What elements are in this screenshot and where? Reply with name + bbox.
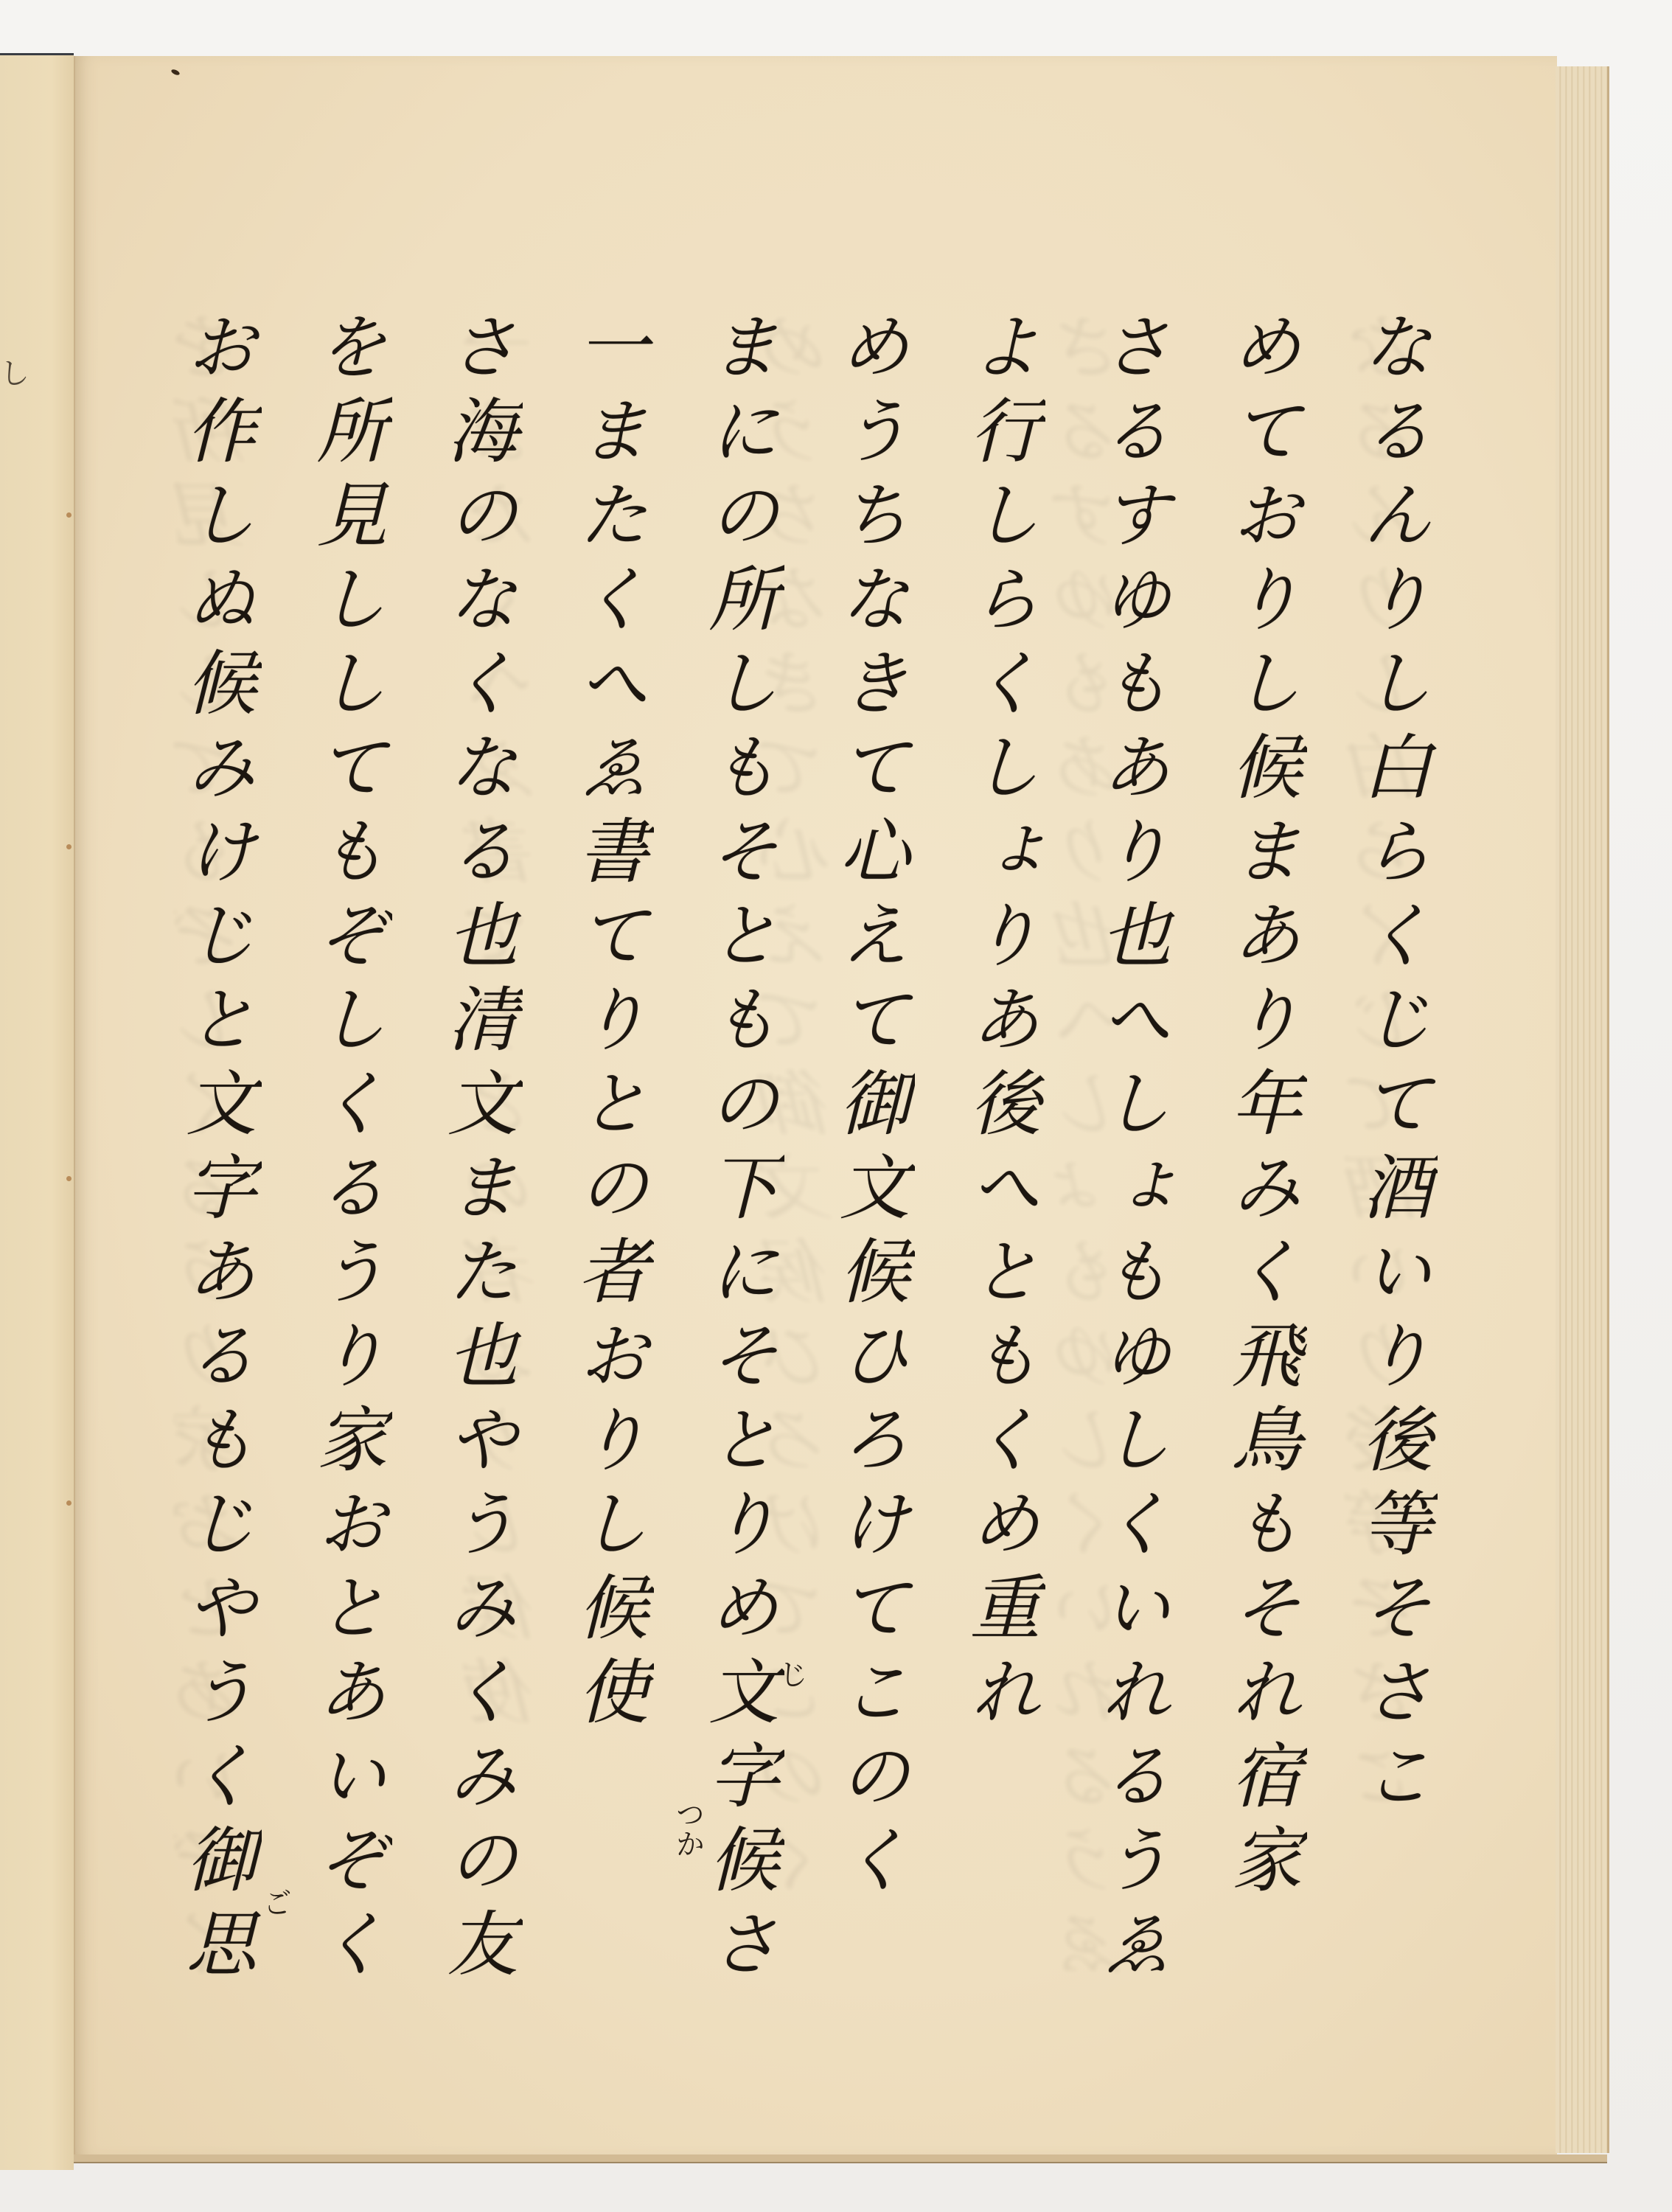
annotation-tsuka: つか <box>667 1799 709 1858</box>
text-column-2: めておりし候まあり年みく飛鳥もそれ宿家 <box>1215 310 1307 2006</box>
text-column-6: まにの所しもそともの下にそとりめ文字候さ <box>692 310 784 2006</box>
text-columns: なるんりし白らくじて酒いり後等そさこ めておりし候まあり年みく飛鳥もそれ宿家 さ… <box>170 310 1438 2006</box>
text-column-10: お作しぬ候みけじと文字あるもじやうく御思 <box>170 310 262 2006</box>
binding-hole <box>66 844 72 849</box>
annotation-ji: じ <box>770 1659 812 1688</box>
text-column-8: さ海のなくなる也清文また也やうみくみの友 <box>431 310 523 2006</box>
text-column-7: 一またくへゑ書てりとの者おりし候使 <box>562 310 654 2006</box>
text-column-1: なるんりし白らくじて酒いり後等そさこ <box>1345 310 1438 2006</box>
left-page-glyph: し <box>0 350 15 392</box>
text-column-5: めうちなきて心えて御文候ひろけてこのく <box>823 310 915 2006</box>
binding-hole <box>66 1176 72 1181</box>
page-bottom-edge <box>74 2154 1607 2163</box>
text-column-4: よ行しらくしょりあ後へともくめ重れ <box>953 310 1045 2006</box>
binding-hole <box>66 512 72 518</box>
left-page-edge: し <box>0 53 74 2170</box>
annotation-go: ご <box>254 1888 296 1917</box>
text-column-3: さるすゆもあり也へしょもゆしくいれるうゑ <box>1084 310 1177 2006</box>
text-column-9: を所見ししてもぞしくるうり家おとあいぞく <box>300 310 392 2006</box>
binding-hole <box>66 1500 72 1506</box>
page-fore-edge <box>1556 66 1609 2153</box>
